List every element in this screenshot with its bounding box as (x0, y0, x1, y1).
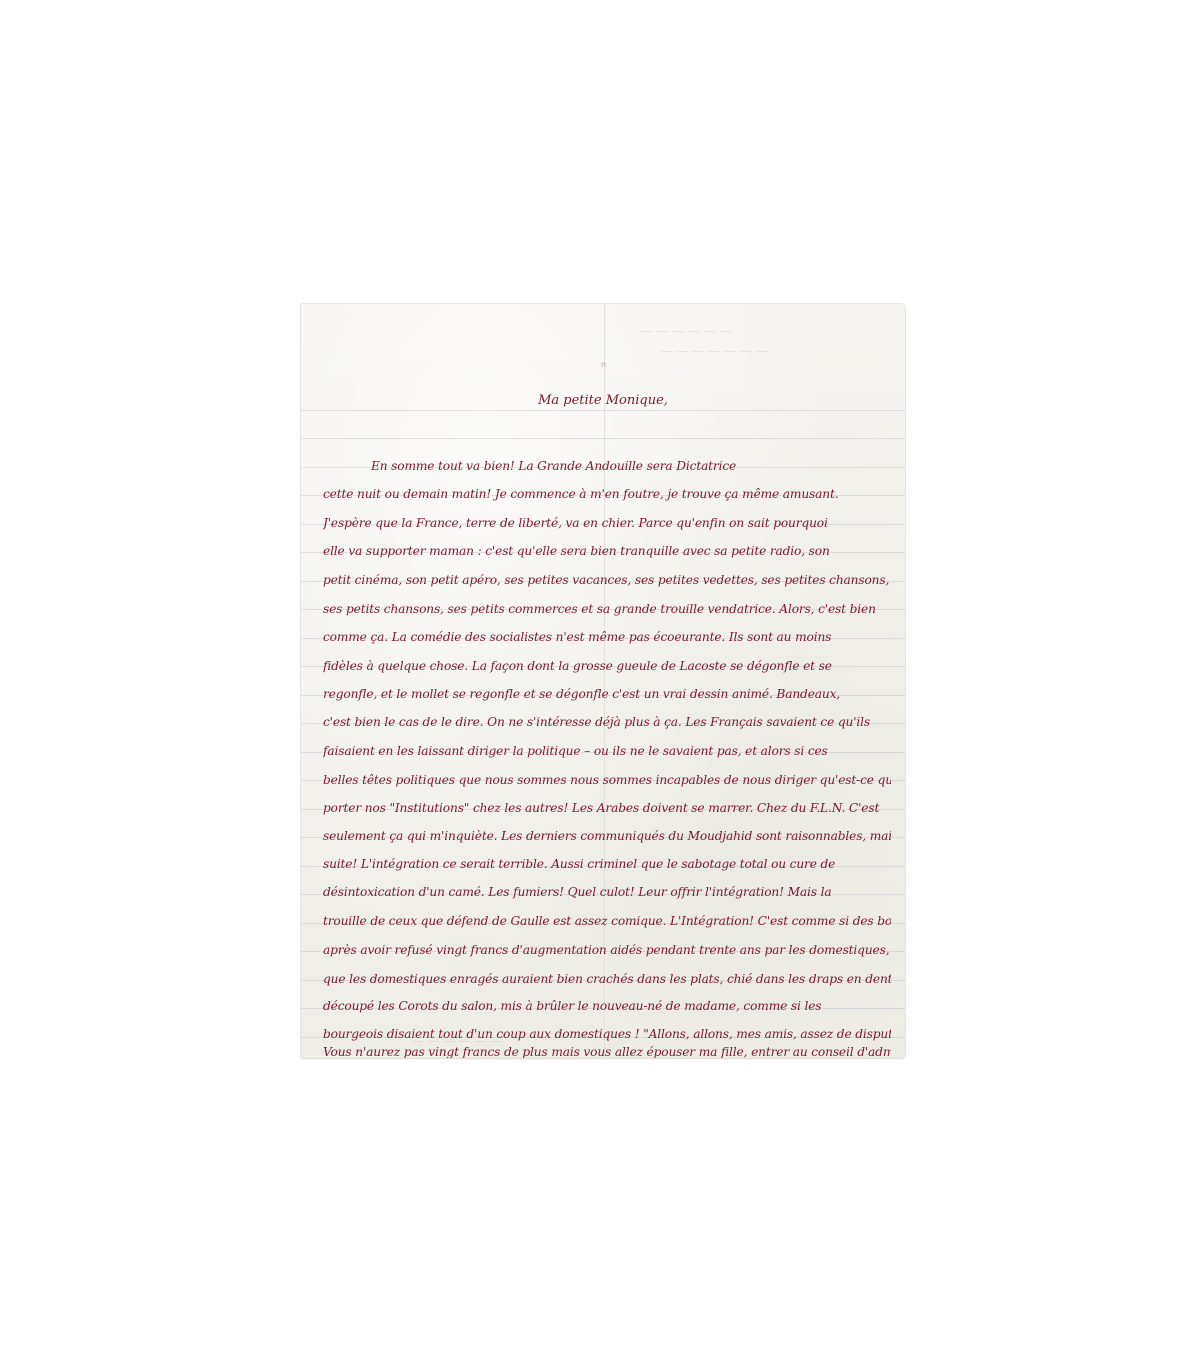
salutation: Ma petite Monique, (301, 393, 905, 408)
letter-line: découpé les Corots du salon, mis à brûle… (323, 998, 891, 1014)
letter-line: porter nos "Institutions" chez les autre… (323, 800, 891, 816)
ruled-line (301, 410, 905, 411)
letter-line: J'espère que la France, terre de liberté… (323, 515, 891, 531)
letter-line: seulement ça qui m'inquiète. Les dernier… (323, 828, 891, 844)
letter-sheet: — — — — — — — — — — — — — — — — — — — — … (301, 304, 905, 1058)
letter-line: suite! L'intégration ce serait terrible.… (323, 856, 891, 872)
bleed-through-text: — — — — — — — (661, 344, 768, 358)
top-mark: n (601, 360, 606, 369)
letter-line: Vous n'aurez pas vingt francs de plus ma… (323, 1044, 891, 1058)
letter-line: désintoxication d'un camé. Les fumiers! … (323, 884, 891, 900)
ruled-line (301, 438, 905, 439)
letter-line: que les domestiques enragés auraient bie… (323, 971, 891, 987)
bleed-through-text: — — — — — — (641, 324, 732, 338)
letter-line: ses petits chansons, ses petits commerce… (323, 601, 891, 617)
letter-line: faisaient en les laissant diriger la pol… (323, 743, 891, 759)
letter-line: petit cinéma, son petit apéro, ses petit… (323, 572, 891, 588)
letter-line: bourgeois disaient tout d'un coup aux do… (323, 1026, 891, 1042)
letter-line: fidèles à quelque chose. La façon dont l… (323, 658, 891, 674)
letter-line: trouille de ceux que défend de Gaulle es… (323, 913, 891, 929)
letter-line: comme ça. La comédie des socialistes n'e… (323, 629, 891, 645)
letter-line: elle va supporter maman : c'est qu'elle … (323, 543, 891, 559)
letter-line: cette nuit ou demain matin! Je commence … (323, 486, 891, 502)
letter-line: après avoir refusé vingt francs d'augmen… (323, 942, 891, 958)
letter-line: En somme tout va bien! La Grande Andouil… (371, 458, 891, 474)
letter-line: regonfle, et le mollet se regonfle et se… (323, 686, 891, 702)
letter-line: c'est bien le cas de le dire. On ne s'in… (323, 714, 891, 730)
letter-line: belles têtes politiques que nous sommes … (323, 772, 891, 788)
